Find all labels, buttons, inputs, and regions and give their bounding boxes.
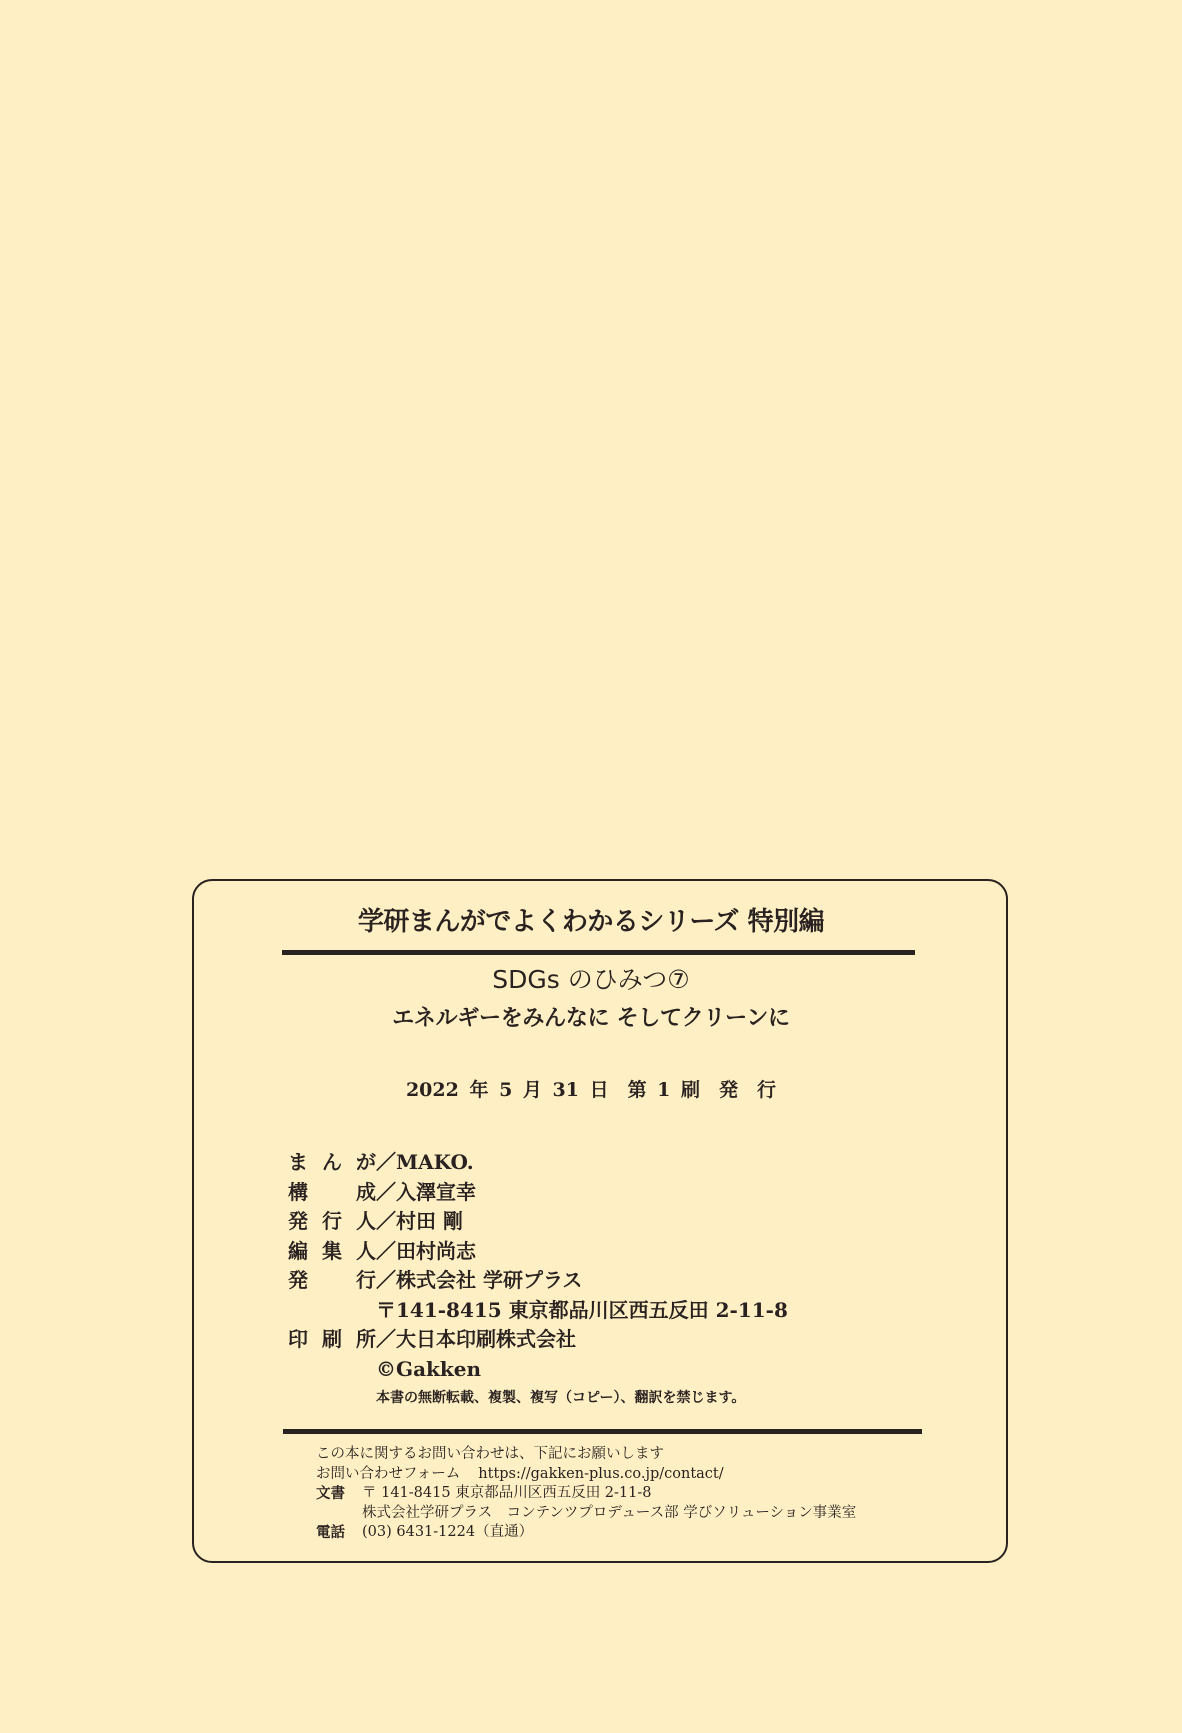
credit-row-publisher-address: 〒141-8415 東京都品川区西五反田 2-11-8 [288, 1296, 788, 1326]
credit-row-manga: まんが ／ MAKO. [288, 1148, 788, 1178]
contact-phone-row: 電話 (03) 6431-1224（直通） [316, 1523, 856, 1543]
credits-list: まんが ／ MAKO. 構成 ／ 入澤宣幸 発行人 ／ 村田 剛 編集人 ／ 田… [288, 1148, 788, 1413]
credit-sep: ／ [376, 1148, 396, 1178]
contact-intro-row: この本に関するお問い合わせは、下記にお願いします [316, 1445, 856, 1465]
contact-document-address: 〒 141-8415 東京都品川区西五反田 2-11-8 [362, 1484, 652, 1504]
credit-value: 大日本印刷株式会社 [396, 1325, 576, 1355]
credit-value: 村田 剛 [396, 1207, 463, 1237]
contact-document-row: 文書 〒 141-8415 東京都品川区西五反田 2-11-8 [316, 1484, 856, 1504]
contact-form-url[interactable]: https://gakken-plus.co.jp/contact/ [478, 1465, 723, 1485]
contact-phone-value: (03) 6431-1224（直通） [362, 1523, 533, 1543]
credit-label: 発行 [288, 1266, 376, 1296]
book-title: SDGs のひみつ⑦ [0, 964, 1182, 996]
credit-sep: ／ [376, 1237, 396, 1267]
credit-row-editor: 編集人 ／ 田村尚志 [288, 1237, 788, 1267]
reproduction-notice: 本書の無断転載、複製、複写（コピー）、翻訳を禁じます。 [376, 1384, 788, 1413]
credit-row-publisher-person: 発行人 ／ 村田 剛 [288, 1207, 788, 1237]
credit-label: まんが [288, 1148, 376, 1178]
contact-department-row: 株式会社学研プラス コンテンツプロデュース部 学びソリューション事業室 [316, 1504, 856, 1524]
credit-value: 入澤宣幸 [396, 1178, 476, 1208]
book-subtitle: エネルギーをみんなに そしてクリーンに [0, 1004, 1182, 1034]
credit-sep: ／ [376, 1178, 396, 1208]
credit-label: 印刷所 [288, 1325, 376, 1355]
credit-value: 田村尚志 [396, 1237, 476, 1267]
contact-document-department: 株式会社学研プラス コンテンツプロデュース部 学びソリューション事業室 [362, 1504, 856, 1524]
contact-intro: この本に関するお問い合わせは、下記にお願いします [316, 1445, 664, 1465]
colophon-page: { "colors": { "background": "#fef0c4", "… [0, 0, 1182, 1733]
contact-document-label: 文書 [316, 1484, 362, 1504]
contact-form-label: お問い合わせフォーム [316, 1465, 460, 1485]
credit-sep: ／ [376, 1266, 396, 1296]
credit-sep: ／ [376, 1207, 396, 1237]
credit-row-copyright: ©Gakken [288, 1355, 788, 1385]
credit-row-publisher: 発行 ／ 株式会社 学研プラス [288, 1266, 788, 1296]
publisher-address: 〒141-8415 東京都品川区西五反田 2-11-8 [376, 1296, 788, 1326]
credit-row-composition: 構成 ／ 入澤宣幸 [288, 1178, 788, 1208]
contact-info: この本に関するお問い合わせは、下記にお願いします お問い合わせフォーム http… [316, 1445, 856, 1543]
credit-label: 編集人 [288, 1237, 376, 1267]
contact-phone-label: 電話 [316, 1523, 362, 1543]
credit-value: 株式会社 学研プラス [396, 1266, 582, 1296]
top-divider [282, 950, 915, 955]
credit-label: 構成 [288, 1178, 376, 1208]
credit-sep: ／ [376, 1325, 396, 1355]
series-title: 学研まんがでよくわかるシリーズ 特別編 [0, 905, 1182, 939]
bottom-divider [283, 1429, 922, 1434]
credit-row-printer: 印刷所 ／ 大日本印刷株式会社 [288, 1325, 788, 1355]
copyright-mark: ©Gakken [376, 1355, 481, 1385]
contact-form-row: お問い合わせフォーム https://gakken-plus.co.jp/con… [316, 1465, 856, 1485]
credit-value: MAKO. [396, 1148, 474, 1178]
credit-label: 発行人 [288, 1207, 376, 1237]
publication-date: 2022 年 5 月 31 日 第 1 刷 発 行 [0, 1077, 1182, 1103]
